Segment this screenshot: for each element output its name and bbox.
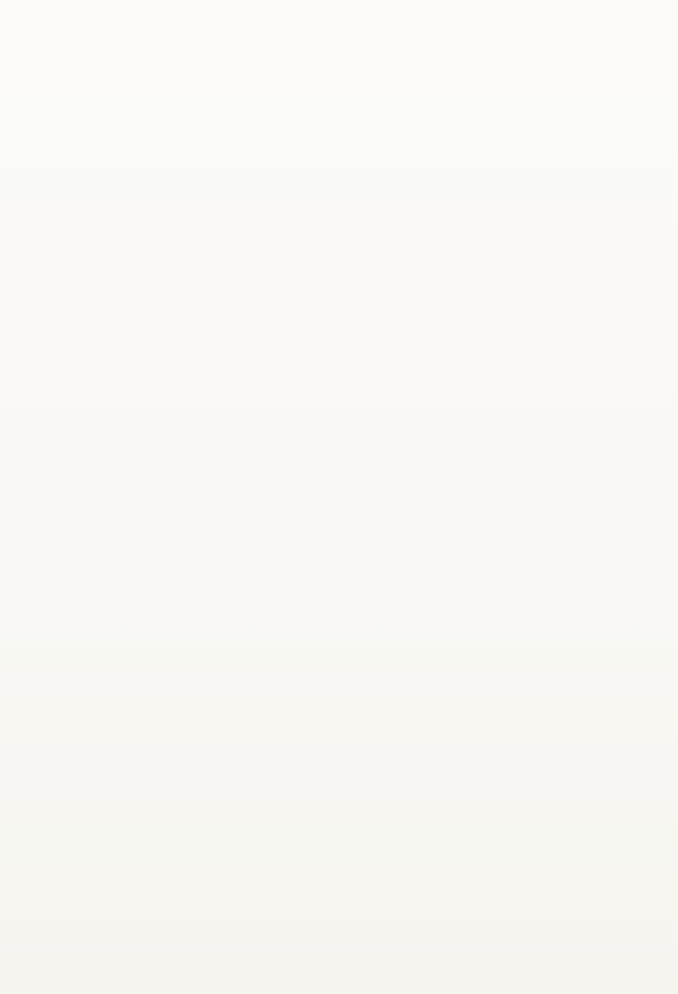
passage-c-body	[22, 15, 666, 18]
exam-page	[0, 0, 678, 994]
passage-b-ending	[22, 15, 666, 18]
